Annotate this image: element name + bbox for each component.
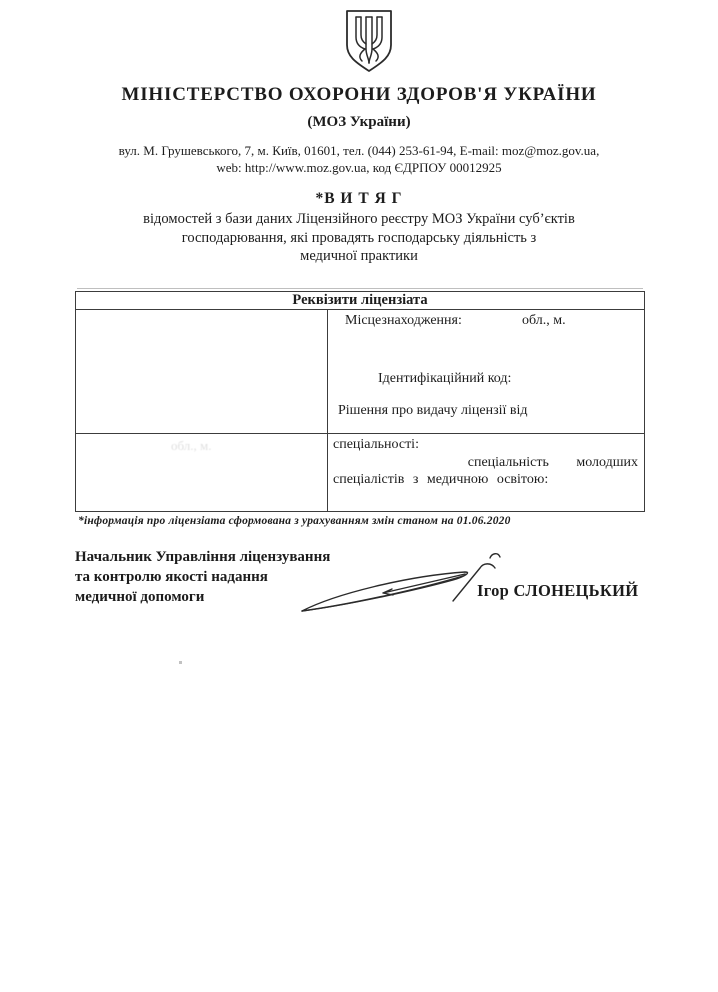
signer-name: Ігор СЛОНЕЦЬКИЙ bbox=[477, 581, 638, 601]
table-row: Місцезнаходження: обл., м. Ідентифікацій… bbox=[76, 310, 644, 434]
table-top-scan-line bbox=[77, 288, 643, 289]
licensee-details-cell: Місцезнаходження: обл., м. Ідентифікацій… bbox=[328, 310, 644, 433]
signatory-position-block: Начальник Управління ліцензування та кон… bbox=[75, 547, 330, 607]
signatory-position-line-1: Начальник Управління ліцензування bbox=[75, 547, 330, 567]
specialties-label: спеціальності: bbox=[333, 437, 419, 453]
specialties-left-cell: обл., м. bbox=[76, 434, 328, 511]
specialty-text-line-1: спеціальність молодших bbox=[468, 455, 638, 471]
specialties-details-cell: спеціальності: спеціальність молодших сп… bbox=[328, 434, 644, 511]
extract-subtitle: відомостей з бази даних Ліцензійного реє… bbox=[0, 210, 718, 266]
ministry-abbreviation: (МОЗ України) bbox=[0, 114, 718, 131]
signatory-position-line-2: та контролю якості надання bbox=[75, 567, 330, 587]
specialty-text-line-2: спеціалістів з медичною освітою: bbox=[333, 472, 548, 488]
identification-code-label: Ідентифікаційний код: bbox=[378, 371, 511, 387]
footnote: *інформація про ліцензіата сформована з … bbox=[78, 515, 511, 527]
scanned-license-extract-document: МІНІСТЕРСТВО ОХОРОНИ ЗДОРОВ'Я УКРАЇНИ (М… bbox=[0, 0, 718, 992]
location-label: Місцезнаходження: bbox=[345, 313, 462, 329]
license-details-table: Реквізити ліцензіата Місцезнаходження: о… bbox=[75, 291, 645, 512]
ghost-bleedthrough-text: обл., м. bbox=[171, 438, 212, 454]
address-line-2: web: http://www.moz.gov.ua, код ЄДРПОУ 0… bbox=[0, 160, 718, 177]
extract-title: *В И Т Я Г bbox=[0, 190, 718, 208]
ministry-contact-block: вул. М. Грушевського, 7, м. Київ, 01601,… bbox=[0, 143, 718, 176]
address-line-1: вул. М. Грушевського, 7, м. Київ, 01601,… bbox=[0, 143, 718, 160]
extract-subtitle-line-2: господарювання, які провадять господарсь… bbox=[0, 229, 718, 248]
extract-subtitle-line-3: медичної практики bbox=[0, 247, 718, 266]
scan-artifact-dot bbox=[179, 661, 182, 664]
extract-subtitle-line-1: відомостей з бази даних Ліцензійного реє… bbox=[0, 210, 718, 229]
ministry-name: МІНІСТЕРСТВО ОХОРОНИ ЗДОРОВ'Я УКРАЇНИ bbox=[0, 84, 718, 106]
signatory-position-line-3: медичної допомоги bbox=[75, 587, 330, 607]
licensee-name-cell bbox=[76, 310, 328, 433]
table-row: обл., м. спеціальності: спеціальність мо… bbox=[76, 434, 644, 511]
location-value: обл., м. bbox=[522, 313, 566, 329]
table-title: Реквізити ліцензіата bbox=[76, 292, 644, 310]
ukraine-trident-emblem-icon bbox=[339, 9, 399, 74]
license-decision-label: Рішення про видачу ліцензії від bbox=[338, 403, 528, 419]
